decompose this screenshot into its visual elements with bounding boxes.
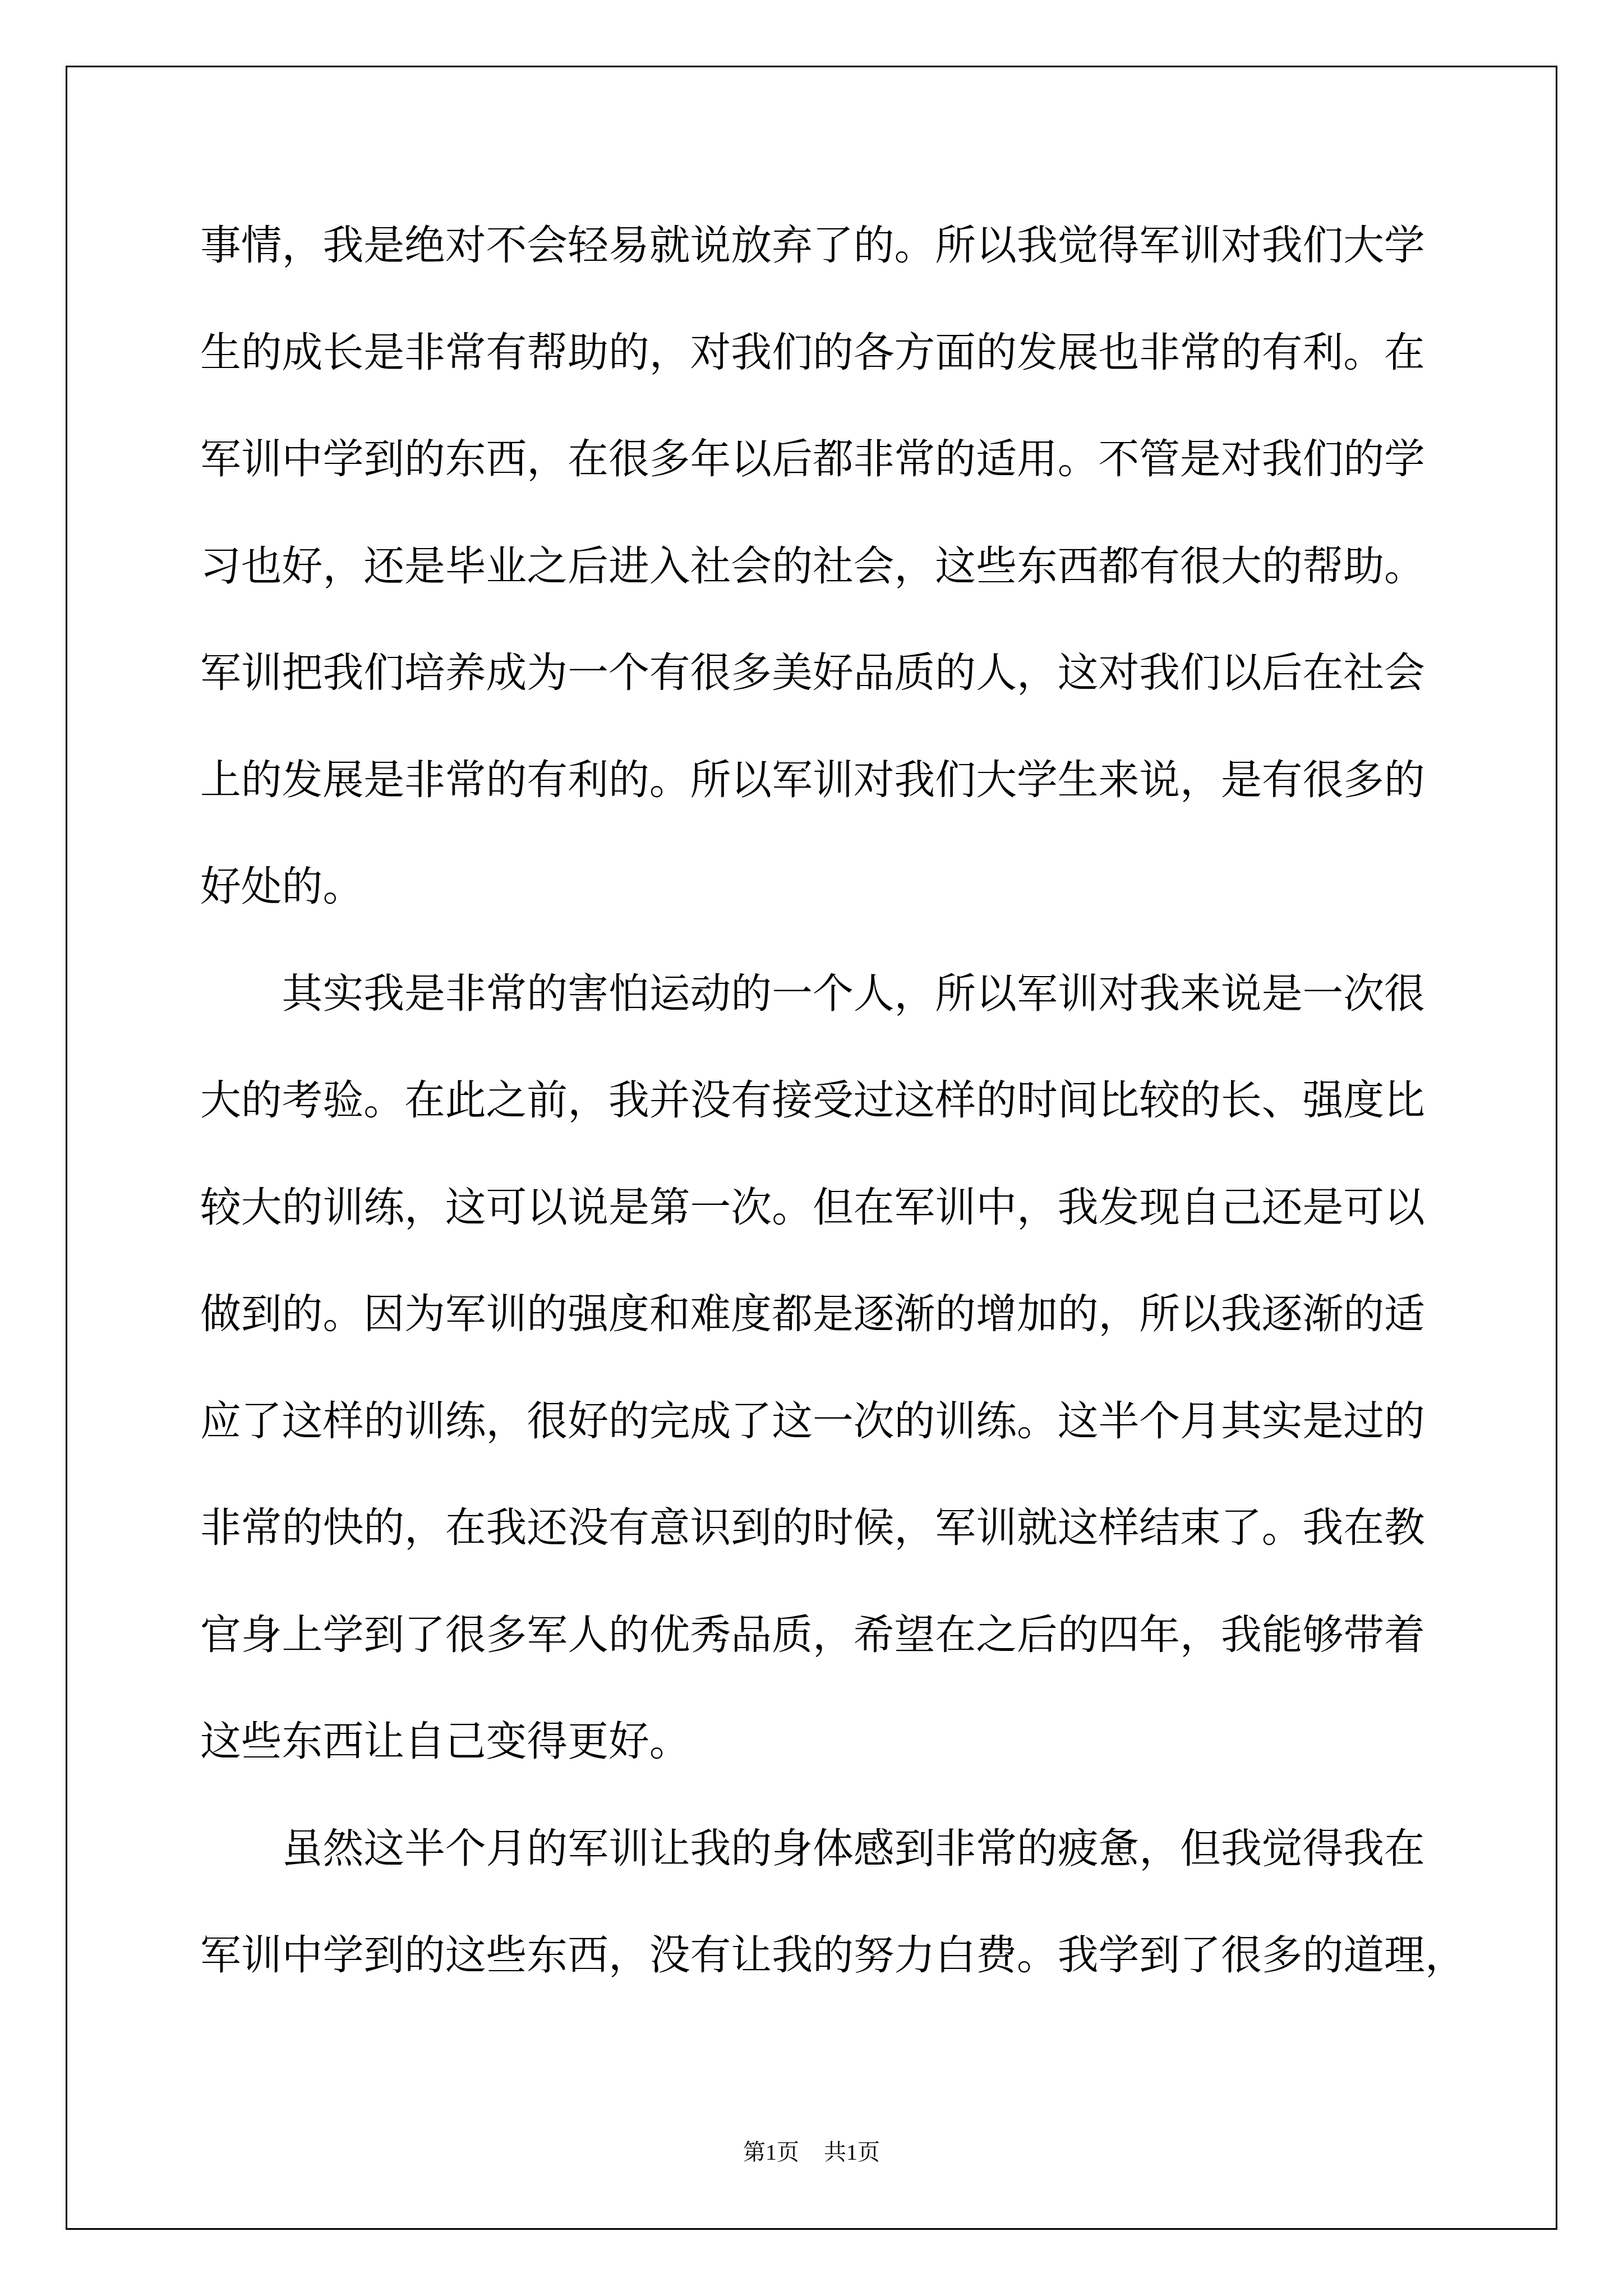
text-line: 非常的快的，在我还没有意识到的时候，军训就这样结束了。我在教	[200, 1506, 1425, 1550]
text-line: 好处的。	[200, 864, 363, 909]
text-line: 做到的。因为军训的强度和难度都是逐渐的增加的，所以我逐渐的适	[200, 1292, 1425, 1337]
text-line: 习也好，还是毕业之后进入社会的社会，这些东西都有很大的帮助。	[200, 544, 1425, 589]
text-line: 大的考验。在此之前，我并没有接受过这样的时间比较的长、强度比	[200, 1078, 1425, 1123]
text-line: 官身上学到了很多军人的优秀品质，希望在之后的四年，我能够带着	[200, 1613, 1425, 1658]
text-line: 应了这样的训练，很好的完成了这一次的训练。这半个月其实是过的	[200, 1399, 1425, 1444]
text-line: 较大的训练，这可以说是第一次。但在军训中，我发现自己还是可以	[200, 1185, 1425, 1230]
page-number-total: 共1页	[824, 2139, 880, 2165]
text-line: 军训把我们培养成为一个有很多美好品质的人，这对我们以后在社会	[200, 651, 1425, 696]
text-line: 上的发展是非常的有利的。所以军训对我们大学生来说，是有很多的	[200, 758, 1425, 803]
text-line: 军训中学到的东西，在很多年以后都非常的适用。不管是对我们的学	[200, 437, 1425, 482]
text-line: 这些东西让自己变得更好。	[200, 1719, 690, 1764]
text-line: 其实我是非常的害怕运动的一个人，所以军训对我来说是一次很	[282, 972, 1425, 1016]
page-footer: 第1页共1页	[0, 2138, 1623, 2166]
text-line: 事情，我是绝对不会轻易就说放弃了的。所以我觉得军训对我们大学	[200, 223, 1425, 268]
page-border	[66, 66, 1557, 2230]
text-line: 生的成长是非常有帮助的，对我们的各方面的发展也非常的有利。在	[200, 330, 1425, 375]
page-number-current: 第1页	[743, 2139, 799, 2165]
text-line: 虽然这半个月的军训让我的身体感到非常的疲惫，但我觉得我在	[282, 1826, 1425, 1871]
text-line: 军训中学到的这些东西，没有让我的努力白费。我学到了很多的道理，	[200, 1933, 1466, 1978]
